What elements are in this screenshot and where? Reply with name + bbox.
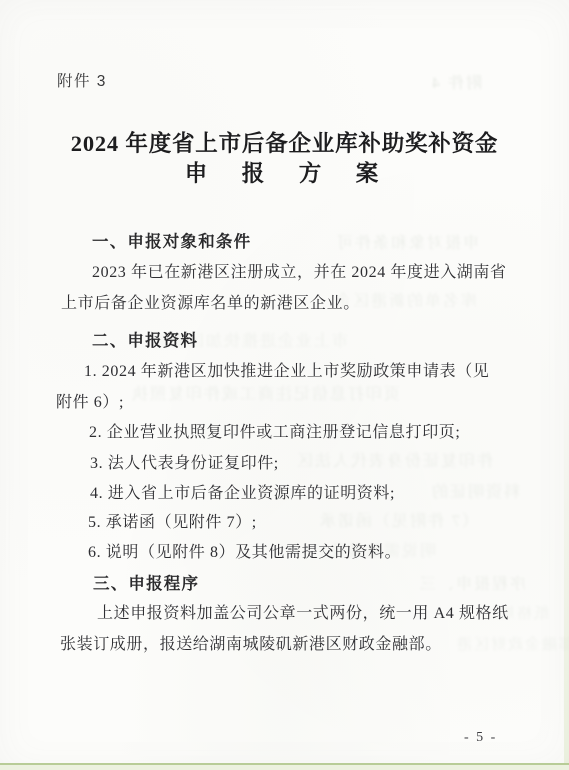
section-1-body-line2: 上市后备企业资源库名单的新港区企业。 [61,290,360,313]
list-item-6: 6. 说明（见附件 8）及其他需提交的资料。 [88,539,401,562]
ghost-text: 序程报申、三 [418,571,526,594]
list-item-5: 5. 承诺函（见附件 7）; [88,509,257,532]
doc-title-line1: 2024 年度省上市后备企业库补助奖补资金 [0,126,569,158]
section-3-heading: 三、申报程序 [93,570,199,594]
section-2-heading: 二、申报资料 [92,327,198,351]
list-item-1-line1: 1. 2024 年新港区加快推进企业上市奖励政策申请表（见 [84,358,489,381]
ghost-text: 部融金政财区港 [455,633,569,654]
section-3-body-line2: 张装订成册，报送给湖南城陵矶新港区财政金融部。 [60,631,442,654]
ghost-text: 申报对象和条件可 [335,230,479,253]
list-item-3: 3. 法人代表身份证复印件; [90,450,279,473]
ghost-text: 件印复证份身表代人法区 [295,448,493,471]
scan-edge-strip [0,763,569,770]
list-item-4: 4. 进入省上市后备企业资源库的证明资料; [90,480,395,503]
ghost-text: （7 件附见）函诺承 [318,508,478,531]
ghost-text: 页印打息信记注商工或件印复照执 [130,381,400,404]
doc-title-line2: 申 报 方 案 [0,156,569,188]
ghost-text: 料资明证的 [430,479,520,502]
scan-edge-tint [564,380,569,770]
list-item-1-line2: 附件 6）; [56,389,124,412]
ghost-text: 附件 4 [430,70,482,93]
section-3-body-line1: 上述申报资料加盖公司公章一式两份，统一用 A4 规格纸 [97,600,509,623]
section-1-body-line1: 2023 年已在新港区注册成立，并在 2024 年度进入湖南省 [92,259,507,282]
page-number: - 5 - [464,730,497,746]
section-1-heading: 一、申报对象和条件 [92,228,251,252]
scanned-page: 附件 4申报对象和条件可库名单的新港区企市上业企进推快加区港新页印打息信记注商工… [0,0,569,770]
attachment-label: 附件 3 [57,69,107,91]
list-item-2: 2. 企业营业执照复印件或工商注册登记信息打印页; [89,419,460,442]
